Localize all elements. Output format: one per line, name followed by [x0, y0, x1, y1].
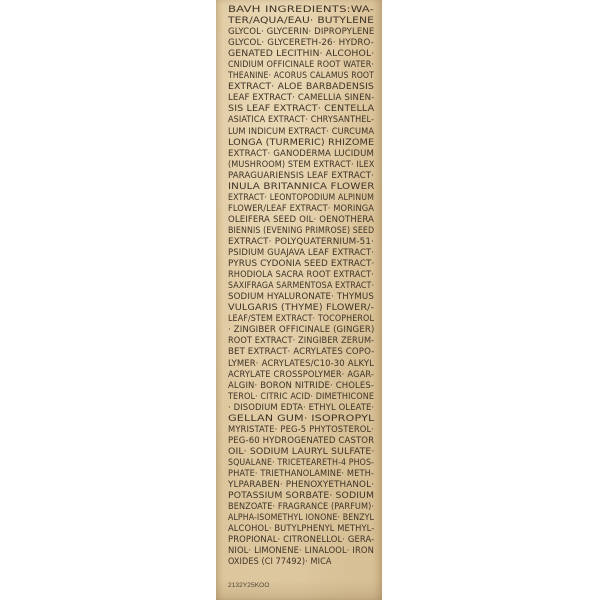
ingredient-line: LUM INDICUM EXTRACT· CURCUMA [228, 126, 374, 137]
ingredient-line: GLYCOL· GLYCERETH-26· HYDRO- [228, 37, 374, 48]
ingredient-line: (MUSHROOM) STEM EXTRACT· ILEX [228, 159, 374, 170]
ingredient-line: PSIDIUM GUAJAVA LEAF EXTRACT· [228, 247, 374, 258]
ingredient-line: SODIUM HYALURONATE· THYMUS [228, 291, 374, 302]
ingredient-line: LONGA (TURMERIC) RHIZOME [228, 137, 374, 148]
ingredient-line: FLOWER/LEAF EXTRACT· MORINGA [228, 203, 374, 214]
ingredient-line: EXTRACT· POLYQUATERNIUM-51· [228, 236, 374, 247]
ingredient-line: NIOL· LIMONENE· LINALOOL· IRON [228, 545, 374, 556]
ingredient-line: BENZOATE· FRAGRANCE (PARFUM)· [228, 501, 374, 512]
ingredient-line: ALGIN· BORON NITRIDE· CHOLES- [228, 380, 374, 391]
ingredient-line: PROPIONAL· CITRONELLOL· GERA- [228, 534, 374, 545]
ingredient-line: LEAF/STEM EXTRACT· TOCOPHEROL [228, 313, 374, 324]
ingredient-line: PARAGUARIENSIS LEAF EXTRACT· [228, 170, 374, 181]
ingredient-line: SIS LEAF EXTRACT· CENTELLA [228, 103, 374, 114]
ingredient-line: BAVH INGREDIENTS:WA- [228, 4, 374, 15]
ingredients-list: BAVH INGREDIENTS:WA-TER/AQUA/EAU· BUTYLE… [228, 4, 374, 567]
ingredient-line: RHODIOLA SACRA ROOT EXTRACT· [228, 269, 374, 280]
ingredient-line: SAXIFRAGA SARMENTOSA EXTRACT· [228, 280, 374, 291]
ingredient-line: EXTRACT· ALOE BARBADENSIS [228, 81, 374, 92]
ingredient-line: ACRYLATE CROSSPOLYMER· AGAR- [228, 369, 374, 380]
ingredient-line: LYMER· ACRYLATES/C10-30 ALKYL [228, 358, 374, 369]
ingredient-line: TER/AQUA/EAU· BUTYLENE [228, 15, 374, 26]
ingredient-line: GELLAN GUM· ISOPROPYL [228, 413, 374, 424]
ingredient-line: VULGARIS (THYME) FLOWER/- [228, 302, 374, 313]
ingredients-panel: BAVH INGREDIENTS:WA-TER/AQUA/EAU· BUTYLE… [216, 0, 382, 600]
ingredient-line: OXIDES (CI 77492)· MICA [228, 556, 332, 567]
ingredient-line: · ZINGIBER OFFICINALE (GINGER) [228, 324, 374, 335]
ingredient-line: MYRISTATE· PEG-5 PHYTOSTEROL· [228, 424, 374, 435]
ingredient-line: THEANINE· ACORUS CALAMUS ROOT [228, 70, 374, 81]
ingredient-line: GLYCOL· GLYCERIN· DIPROPYLENE [228, 26, 374, 37]
ingredient-line: POTASSIUM SORBATE· SODIUM [228, 490, 374, 501]
ingredient-line: LEAF EXTRACT· CAMELLIA SINEN- [228, 92, 374, 103]
ingredient-line: CNIDIUM OFFICINALE ROOT WATER· [228, 59, 374, 70]
ingredient-line: OIL· SODIUM LAURYL SULFATE· [228, 446, 374, 457]
ingredient-line: BIENNIS (EVENING PRIMROSE) SEED [228, 225, 374, 236]
ingredient-line: PEG-60 HYDROGENATED CASTOR [228, 435, 374, 446]
ingredient-line: PYRUS CYDONIA SEED EXTRACT· [228, 258, 374, 269]
ingredient-line: TEROL· CITRIC ACID· DIMETHICONE [228, 391, 374, 402]
ingredient-line: ALCOHOL· BUTYLPHENYL METHYL- [228, 523, 374, 534]
batch-code: 2132Y25KOO [228, 582, 269, 589]
ingredient-line: PHATE· TRIETHANOLAMINE· METH- [228, 468, 374, 479]
ingredient-line: INULA BRITANNICA FLOWER [228, 181, 374, 192]
ingredient-line: ROOT EXTRACT· ZINGIBER ZERUM- [228, 335, 374, 346]
ingredient-line: BET EXTRACT· ACRYLATES COPO- [228, 346, 374, 357]
ingredient-line: GENATED LECITHIN· ALCOHOL· [228, 48, 374, 59]
ingredient-line: OLEIFERA SEED OIL· OENOTHERA [228, 214, 374, 225]
ingredient-line: ALPHA-ISOMETHYL IONONE· BENZYL [228, 512, 374, 523]
ingredient-line: EXTRACT· GANODERMA LUCIDUM [228, 148, 374, 159]
ingredient-line: · DISODIUM EDTA· ETHYL OLEATE· [228, 402, 374, 413]
ingredient-line: SQUALANE· TRICETEARETH-4 PHOS- [228, 457, 374, 468]
ingredient-line: YLPARABEN· PHENOXYETHANOL· [228, 479, 374, 490]
ingredient-line: EXTRACT· LEONTOPODIUM ALPINUM [228, 192, 374, 203]
ingredient-line: ASIATICA EXTRACT· CHRYSANTHEL- [228, 114, 374, 125]
